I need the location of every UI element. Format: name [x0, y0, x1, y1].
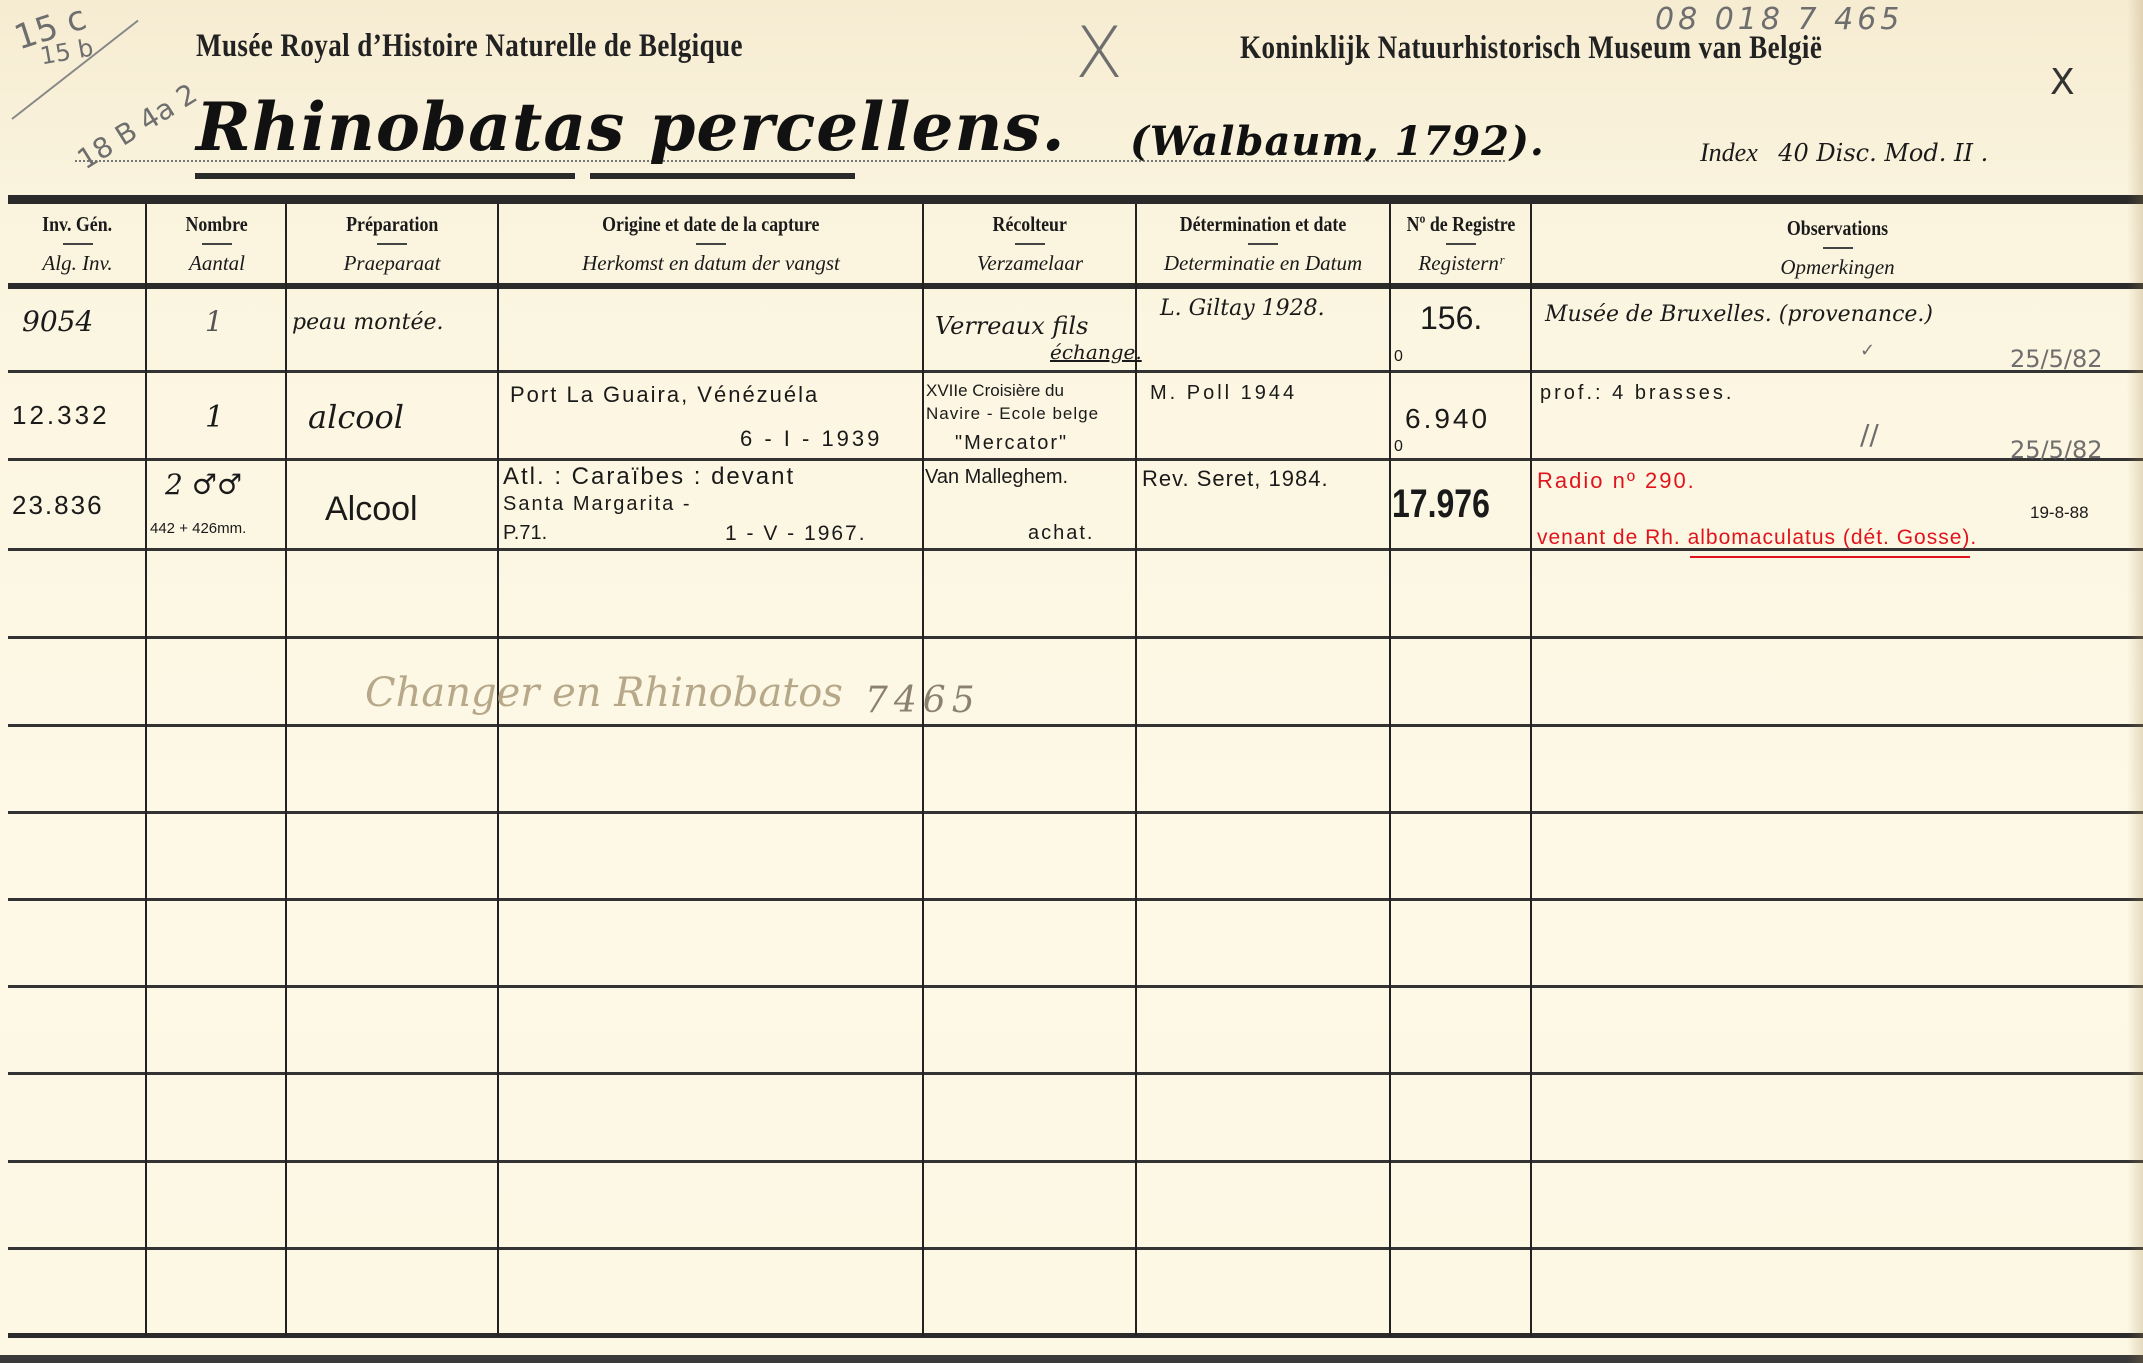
row2-recolteur-3: "Mercator": [955, 432, 1068, 455]
pencil-x-mark-right: X: [2050, 62, 2075, 103]
row2-determination: M. Poll 1944: [1150, 382, 1297, 405]
top-right-number: 08 018 7 465: [1655, 2, 1903, 37]
row3-nombre: 2 ♂♂: [165, 468, 242, 501]
row1-observations: Musée de Bruxelles. (provenance.): [1545, 302, 1933, 327]
row3-origine-2: Santa Margarita -: [503, 493, 692, 516]
row2-inv: 12.332: [12, 400, 110, 431]
pencil-note-number: 7465: [865, 680, 981, 721]
column-header-nombre: NombreAantal: [147, 212, 287, 276]
row-rule: [8, 985, 2143, 988]
column-rule: [1389, 204, 1391, 1336]
row-rule: [8, 636, 2143, 639]
row3-determination: Rev. Seret, 1984.: [1142, 466, 1329, 492]
row1-registre-mark: 0: [1394, 348, 1403, 366]
column-rule: [1530, 204, 1532, 1336]
species-author: (Walbaum, 1792).: [1130, 118, 1545, 165]
species-underline-2: [590, 173, 855, 179]
row-rule: [8, 458, 2143, 461]
row2-origine-1: Port La Guaira, Vénézuéla: [510, 382, 819, 408]
column-header-preparation: PréparationPraeparaat: [287, 212, 497, 276]
column-header-origine: Origine et date de la captureHerkomst en…: [499, 212, 923, 276]
row-rule: [8, 811, 2143, 814]
column-header-registre: Nº de RegistreRegisternʳ: [1391, 212, 1531, 276]
column-header-recolteur: RécolteurVerzamelaar: [924, 212, 1136, 276]
index-value: 40 Disc. Mod. II .: [1778, 139, 1988, 167]
row2-registre: 6.940: [1405, 403, 1490, 435]
row-rule: [8, 898, 2143, 901]
species-underline-1: [195, 173, 575, 179]
row3-origine-date: 1 - V - 1967.: [725, 522, 867, 546]
row3-nombre-sub: 442 + 426mm.: [150, 520, 246, 537]
row2-nombre: 1: [205, 400, 224, 435]
row1-recolteur-1: Verreaux fils: [935, 312, 1088, 340]
row1-observations-mark: ✓: [1860, 340, 1875, 361]
table-top-border: [8, 195, 2143, 204]
row3-observations-date: 19-8-88: [2030, 503, 2089, 523]
row3-preparation: Alcool: [325, 490, 418, 529]
column-rule: [145, 204, 147, 1336]
row3-origine-1: Atl. : Caraïbes : devant: [503, 463, 795, 491]
card-edge-shadow: [2127, 0, 2143, 1363]
row1-determination: L. Giltay 1928.: [1160, 296, 1325, 321]
row3-recolteur-2: achat.: [1028, 522, 1094, 545]
row1-observations-date: 25/5/82: [2010, 345, 2103, 373]
pencil-x-mark-center: X: [1075, 12, 1123, 94]
row-rule: [8, 1072, 2143, 1075]
museum-title-fr: Musée Royal d’Histoire Naturelle de Belg…: [196, 28, 743, 65]
row2-origine-2: 6 - I - 1939: [740, 426, 882, 452]
row3-inv: 23.836: [12, 490, 104, 521]
row2-observations-date: 25/5/82: [2010, 436, 2103, 464]
column-rule: [922, 204, 924, 1336]
row1-recolteur-2: échange.: [1050, 340, 1142, 364]
column-header-observations: ObservationsOpmerkingen: [1532, 216, 2143, 280]
row-rule: [8, 724, 2143, 727]
row-rule: [8, 370, 2143, 373]
species-name: Rhinobatas percellens.: [196, 88, 1066, 166]
row2-recolteur-1: XVIIe Croisière du: [926, 381, 1064, 401]
row3-recolteur-1: Van Malleghem.: [925, 466, 1068, 489]
column-header-inv: Inv. Gén.Alg. Inv.: [10, 212, 145, 276]
index-label: Index: [1700, 138, 1758, 167]
row-rule: [8, 1247, 2143, 1250]
column-rule: [285, 204, 287, 1336]
row1-nombre: 1: [205, 305, 223, 338]
table-bottom-rule: [8, 1333, 2143, 1338]
column-rule: [497, 204, 499, 1336]
index-field: Index 40 Disc. Mod. II .: [1700, 138, 1988, 168]
row3-observations-2: venant de Rh. albomaculatus (dét. Gosse)…: [1537, 526, 1977, 550]
row2-recolteur-2: Navire - Ecole belge: [926, 404, 1099, 424]
row3-observations-1: Radio nº 290.: [1537, 468, 1696, 494]
row2-observations-mark: //: [1860, 418, 1879, 451]
pencil-note-change-name: Changer en Rhinobatos: [365, 670, 843, 716]
row1-inv: 9054: [22, 305, 93, 338]
row2-observations: prof.: 4 brasses.: [1540, 382, 1734, 405]
header-bottom-rule: [8, 283, 2143, 289]
row3-observations-underline: [1690, 556, 1970, 558]
row-rule: [8, 1160, 2143, 1163]
row3-origine-3: P.71.: [503, 522, 547, 545]
column-header-determination: Détermination et dateDeterminatie en Dat…: [1137, 212, 1389, 276]
row2-preparation: alcool: [308, 398, 404, 436]
card-bottom-edge: [0, 1355, 2143, 1363]
row3-registre: 17.976: [1392, 482, 1490, 527]
row1-preparation: peau montée.: [292, 310, 444, 335]
column-rule: [1135, 204, 1137, 1336]
row2-registre-mark: 0: [1394, 438, 1403, 456]
row1-registre: 156.: [1420, 300, 1482, 337]
